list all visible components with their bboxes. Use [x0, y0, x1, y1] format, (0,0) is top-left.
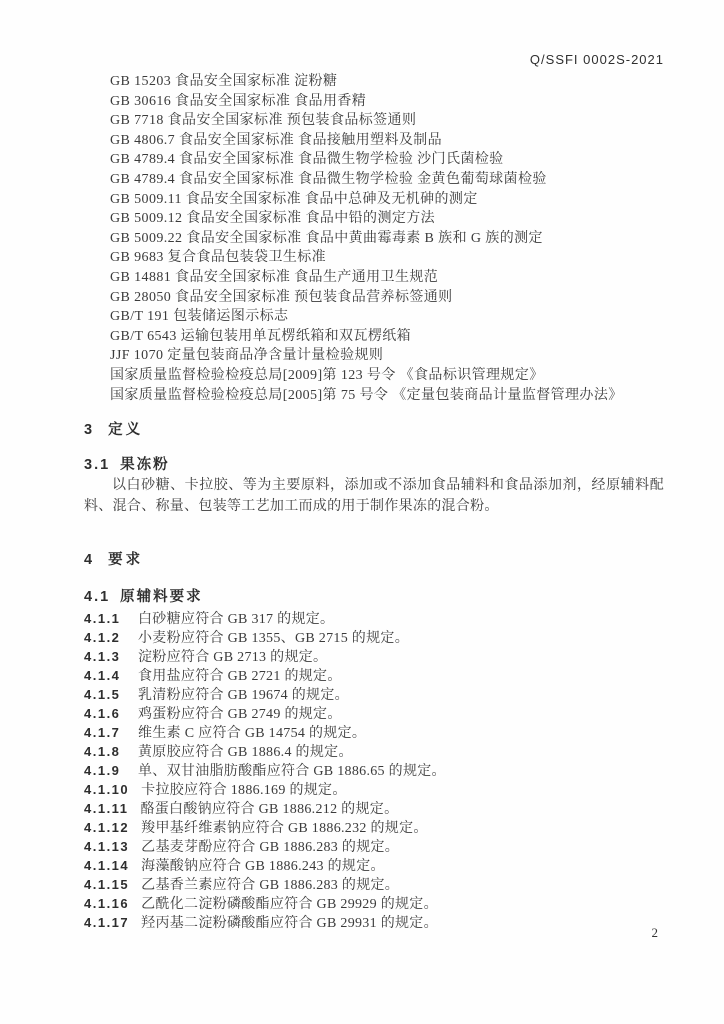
reference-line: GB 7718 食品安全国家标准 预包装食品标签通则	[110, 111, 664, 131]
requirement-item-text: 鸡蛋粉应符合 GB 2749 的规定。	[138, 707, 342, 722]
requirement-item: 4.1.11酪蛋白酸钠应符合 GB 1886.212 的规定。	[84, 799, 664, 818]
reference-line: GB 4789.4 食品安全国家标准 食品微生物学检验 金黄色葡萄球菌检验	[110, 170, 664, 190]
requirement-item: 4.1.8黄原胶应符合 GB 1886.4 的规定。	[84, 742, 664, 761]
requirement-item-number: 4.1.11	[84, 799, 128, 818]
reference-line: GB 5009.22 食品安全国家标准 食品中黄曲霉毒素 B 族和 G 族的测定	[110, 229, 664, 249]
reference-line: GB 4789.4 食品安全国家标准 食品微生物学检验 沙门氏菌检验	[110, 150, 664, 170]
requirement-item-number: 4.1.13	[84, 837, 129, 856]
reference-line: GB 30616 食品安全国家标准 食品用香精	[110, 92, 664, 112]
reference-line: GB/T 191 包装储运图示标志	[110, 307, 664, 327]
reference-line: GB 4806.7 食品安全国家标准 食品接触用塑料及制品	[110, 131, 664, 151]
reference-line: 国家质量监督检验检疫总局[2009]第 123 号令 《食品标识管理规定》	[110, 366, 664, 386]
requirement-item-text: 羟丙基二淀粉磷酸酯应符合 GB 29931 的规定。	[141, 916, 438, 931]
reference-line: 国家质量监督检验检疫总局[2005]第 75 号令 《定量包装商品计量监督管理办…	[110, 386, 664, 406]
requirement-item: 4.1.7维生素 C 应符合 GB 14754 的规定。	[84, 723, 664, 742]
requirement-item: 4.1.3淀粉应符合 GB 2713 的规定。	[84, 647, 664, 666]
requirement-item-number: 4.1.8	[84, 742, 126, 761]
requirement-item: 4.1.17羟丙基二淀粉磷酸酯应符合 GB 29931 的规定。	[84, 913, 664, 932]
requirement-item-text: 乙基麦芽酚应符合 GB 1886.283 的规定。	[141, 840, 399, 855]
requirement-item: 4.1.12羧甲基纤维素钠应符合 GB 1886.232 的规定。	[84, 818, 664, 837]
section-4-1-title: 原辅料要求	[120, 589, 203, 605]
page-number: 2	[652, 925, 659, 941]
requirement-item: 4.1.10卡拉胶应符合 1886.169 的规定。	[84, 780, 664, 799]
requirement-item-number: 4.1.12	[84, 818, 129, 837]
reference-line: GB 14881 食品安全国家标准 食品生产通用卫生规范	[110, 268, 664, 288]
requirement-item: 4.1.1白砂糖应符合 GB 317 的规定。	[84, 609, 664, 628]
requirement-item-number: 4.1.15	[84, 875, 129, 894]
requirement-item-number: 4.1.17	[84, 913, 129, 932]
section-3-1-title: 果冻粉	[120, 457, 170, 473]
requirement-item-number: 4.1.14	[84, 856, 129, 875]
requirement-item-text: 海藻酸钠应符合 GB 1886.243 的规定。	[141, 859, 385, 874]
requirement-item-number: 4.1.3	[84, 647, 126, 666]
section-4-heading: 4要求	[84, 551, 664, 569]
document-page: Q/SSFI 0002S-2021 GB 15203 食品安全国家标准 淀粉糖G…	[0, 0, 724, 1024]
requirement-item: 4.1.9单、双甘油脂肪酸酯应符合 GB 1886.65 的规定。	[84, 761, 664, 780]
requirement-item-text: 维生素 C 应符合 GB 14754 的规定。	[138, 726, 366, 741]
requirement-item: 4.1.13乙基麦芽酚应符合 GB 1886.283 的规定。	[84, 837, 664, 856]
requirement-item-number: 4.1.4	[84, 666, 126, 685]
reference-line: GB 28050 食品安全国家标准 预包装食品营养标签通则	[110, 288, 664, 308]
standard-number-header: Q/SSFI 0002S-2021	[84, 52, 664, 68]
section-3-1-number: 3.1	[84, 457, 110, 473]
section-3-number: 3	[84, 422, 94, 438]
section-4-1-heading: 4.1原辅料要求	[84, 588, 664, 606]
section-3-heading: 3定义	[84, 421, 664, 439]
requirement-item-number: 4.1.5	[84, 685, 126, 704]
reference-line: JJF 1070 定量包装商品净含量计量检验规则	[110, 346, 664, 366]
section-4-number: 4	[84, 552, 94, 568]
reference-line: GB/T 6543 运输包装用单瓦楞纸箱和双瓦楞纸箱	[110, 327, 664, 347]
section-4-title: 要求	[108, 552, 143, 568]
reference-line: GB 5009.12 食品安全国家标准 食品中铅的测定方法	[110, 209, 664, 229]
reference-line: GB 5009.11 食品安全国家标准 食品中总砷及无机砷的测定	[110, 190, 664, 210]
section-4-1-number: 4.1	[84, 589, 110, 605]
requirement-item-text: 羧甲基纤维素钠应符合 GB 1886.232 的规定。	[141, 821, 428, 836]
requirement-item-text: 单、双甘油脂肪酸酯应符合 GB 1886.65 的规定。	[138, 764, 446, 779]
requirement-item-number: 4.1.2	[84, 628, 126, 647]
requirement-item-text: 小麦粉应符合 GB 1355、GB 2715 的规定。	[138, 631, 409, 646]
requirement-item-number: 4.1.9	[84, 761, 126, 780]
requirement-item-number: 4.1.7	[84, 723, 126, 742]
requirement-item: 4.1.15乙基香兰素应符合 GB 1886.283 的规定。	[84, 875, 664, 894]
requirement-item-text: 乙基香兰素应符合 GB 1886.283 的规定。	[141, 878, 399, 893]
page-content: Q/SSFI 0002S-2021 GB 15203 食品安全国家标准 淀粉糖G…	[0, 0, 724, 932]
requirement-item: 4.1.4食用盐应符合 GB 2721 的规定。	[84, 666, 664, 685]
section-3-1-heading: 3.1果冻粉	[84, 456, 664, 474]
normative-references-list: GB 15203 食品安全国家标准 淀粉糖GB 30616 食品安全国家标准 食…	[84, 72, 664, 405]
requirement-item-number: 4.1.1	[84, 609, 126, 628]
requirement-item-number: 4.1.6	[84, 704, 126, 723]
section-3-title: 定义	[108, 422, 143, 438]
requirement-item-text: 卡拉胶应符合 1886.169 的规定。	[141, 783, 347, 798]
requirement-item: 4.1.16乙酰化二淀粉磷酸酯应符合 GB 29929 的规定。	[84, 894, 664, 913]
requirement-item-text: 酪蛋白酸钠应符合 GB 1886.212 的规定。	[140, 802, 398, 817]
raw-material-requirements-list: 4.1.1白砂糖应符合 GB 317 的规定。 4.1.2小麦粉应符合 GB 1…	[84, 609, 664, 932]
section-3-1-definition-text: 以白砂糖、卡拉胶、等为主要原料，添加或不添加食品辅料和食品添加剂，经原辅料配料、…	[84, 476, 664, 517]
reference-line: GB 9683 复合食品包装袋卫生标准	[110, 248, 664, 268]
requirement-item-text: 黄原胶应符合 GB 1886.4 的规定。	[138, 745, 353, 760]
requirement-item-number: 4.1.10	[84, 780, 129, 799]
requirement-item-number: 4.1.16	[84, 894, 129, 913]
requirement-item: 4.1.2小麦粉应符合 GB 1355、GB 2715 的规定。	[84, 628, 664, 647]
reference-line: GB 15203 食品安全国家标准 淀粉糖	[110, 72, 664, 92]
requirement-item-text: 乙酰化二淀粉磷酸酯应符合 GB 29929 的规定。	[141, 897, 438, 912]
requirement-item-text: 淀粉应符合 GB 2713 的规定。	[138, 650, 327, 665]
requirement-item-text: 食用盐应符合 GB 2721 的规定。	[138, 669, 342, 684]
requirement-item: 4.1.5乳清粉应符合 GB 19674 的规定。	[84, 685, 664, 704]
requirement-item: 4.1.6鸡蛋粉应符合 GB 2749 的规定。	[84, 704, 664, 723]
requirement-item-text: 白砂糖应符合 GB 317 的规定。	[138, 612, 334, 627]
requirement-item: 4.1.14海藻酸钠应符合 GB 1886.243 的规定。	[84, 856, 664, 875]
requirement-item-text: 乳清粉应符合 GB 19674 的规定。	[138, 688, 349, 703]
